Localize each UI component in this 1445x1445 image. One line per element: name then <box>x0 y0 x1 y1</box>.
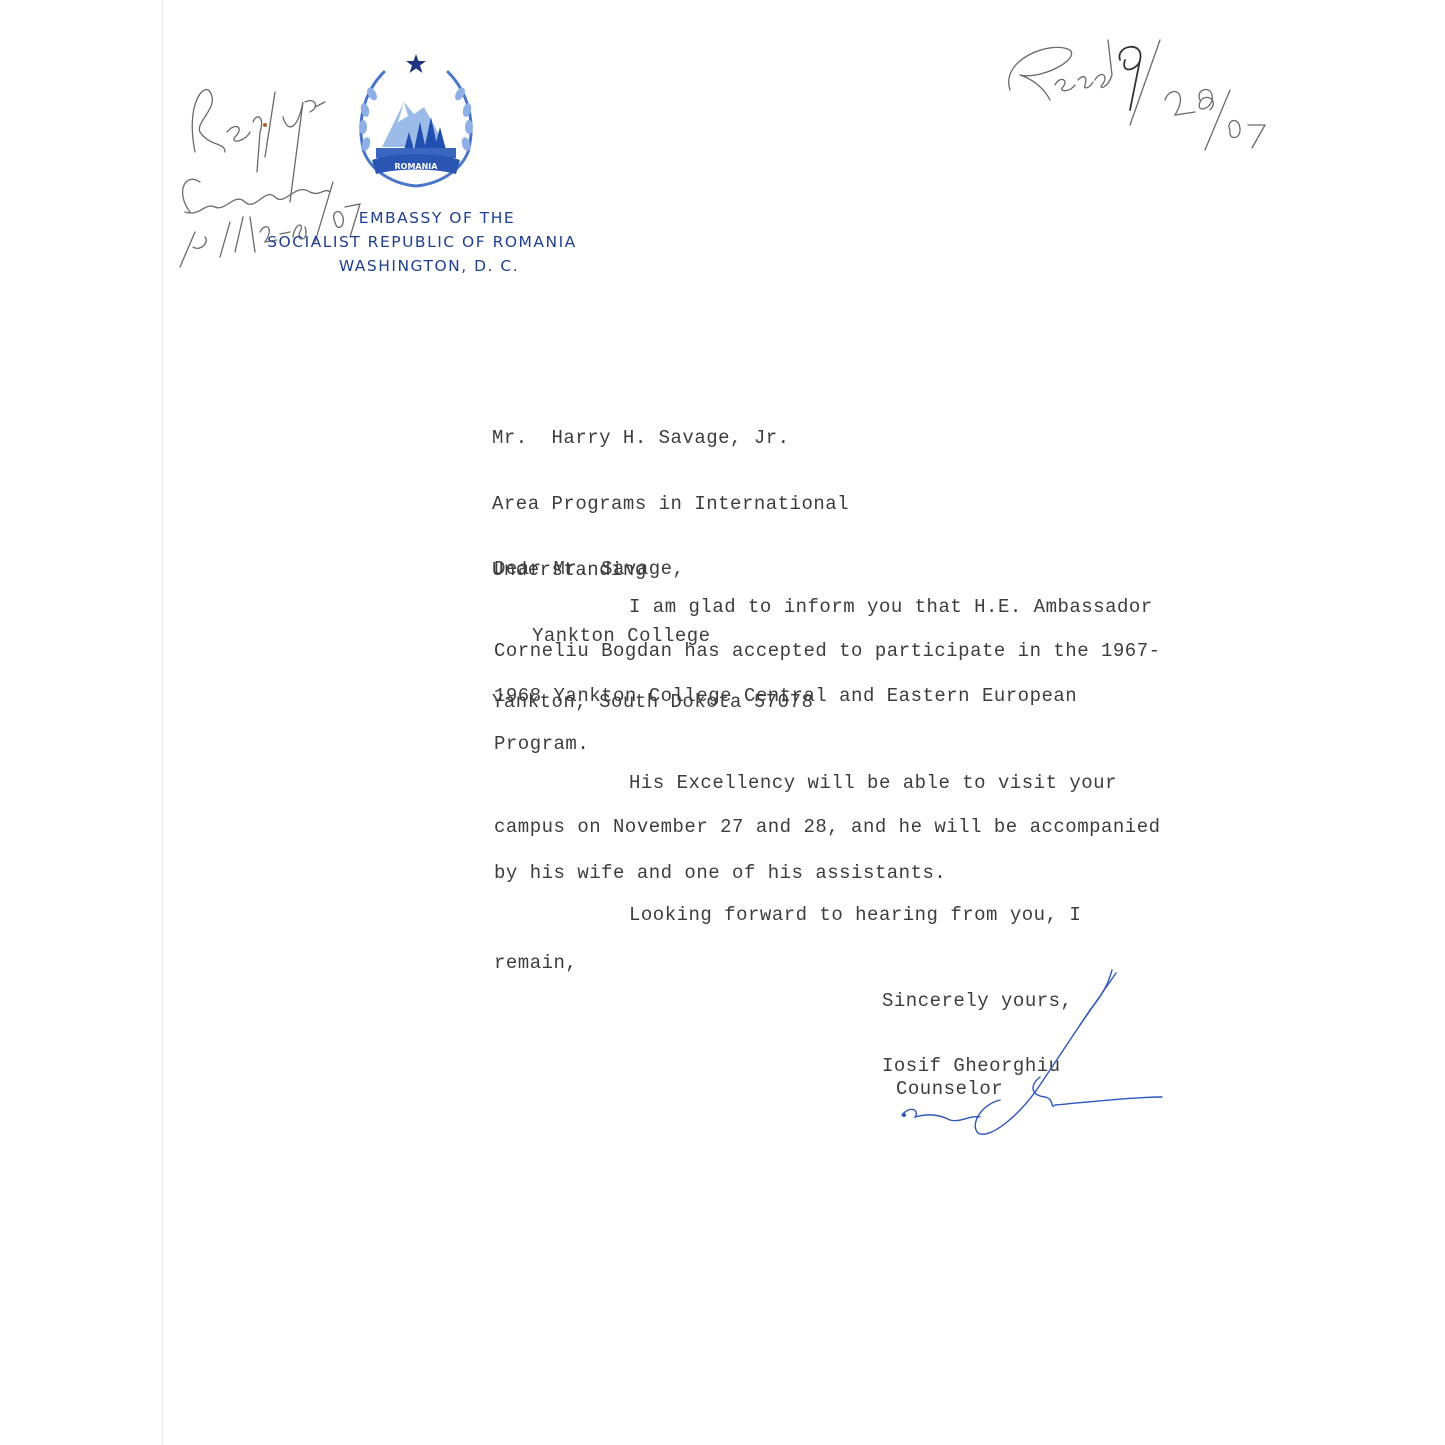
letterhead-line-city: WASHINGTON, D. C. <box>222 254 622 278</box>
handwritten-signature <box>880 965 1180 1145</box>
paragraph-3-line-1: Looking forward to hearing from you, I <box>494 904 1081 926</box>
recipient-name: Mr. Harry H. Savage, Jr. <box>492 427 849 449</box>
paragraph-1-line-2: Corneliu Bogdan has accepted to particip… <box>494 640 1161 662</box>
paragraph-1-line-4: Program. <box>494 733 589 755</box>
paragraph-2-line-1: His Excellency will be able to visit you… <box>494 772 1117 794</box>
paragraph-2-line-3: by his wife and one of his assistants. <box>494 862 946 884</box>
paragraph-1-line-3: 1968 Yankton College Central and Eastern… <box>494 685 1077 707</box>
letterhead-line-country: SOCIALIST REPUBLIC OF ROMANIA <box>222 230 622 254</box>
paragraph-1-line-1: I am glad to inform you that H.E. Ambass… <box>494 596 1153 618</box>
salutation: Dear Mr. Savage, <box>494 558 684 580</box>
handwritten-note-received-date <box>990 30 1280 160</box>
svg-text:ROMANIA: ROMANIA <box>395 162 439 171</box>
recipient-department: Area Programs in International <box>492 493 849 515</box>
paragraph-3-line-2: remain, <box>494 952 577 974</box>
romania-coat-of-arms-emblem: ROMANIA <box>354 52 478 192</box>
letterhead-line-embassy: EMBASSY OF THE <box>222 206 622 230</box>
embassy-letterhead: EMBASSY OF THE SOCIALIST REPUBLIC OF ROM… <box>222 206 622 278</box>
paper-edge <box>162 0 163 1445</box>
star-icon <box>406 54 426 73</box>
paragraph-2-line-2: campus on November 27 and 28, and he wil… <box>494 816 1161 838</box>
